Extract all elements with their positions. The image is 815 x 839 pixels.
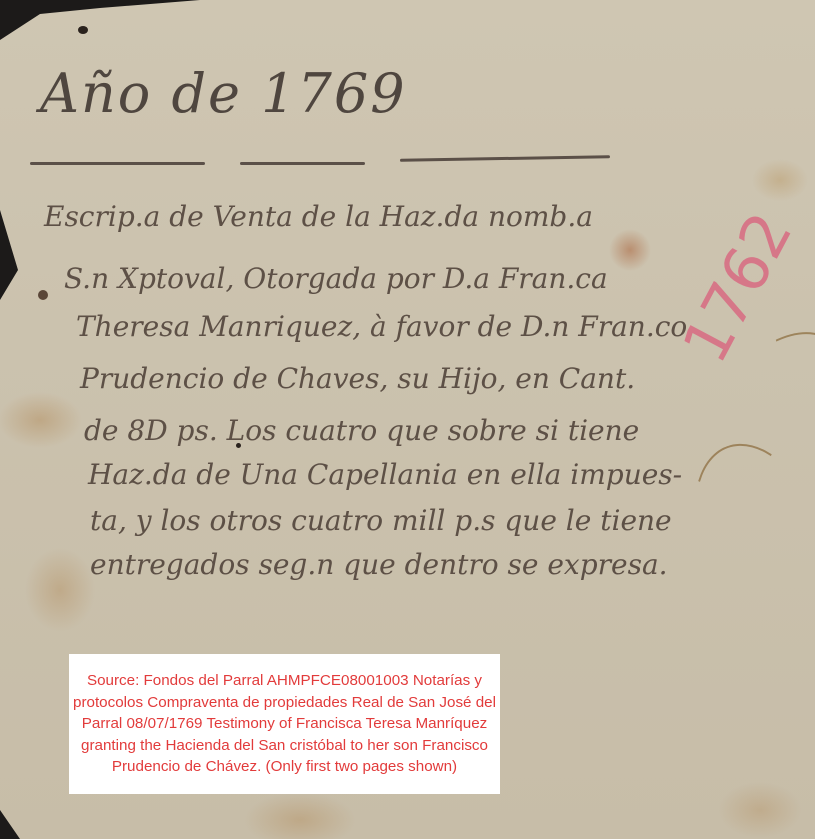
manuscript-line-4: Prudencio de Chaves, su Hijo, en Cant.	[80, 362, 635, 395]
heading-underline	[400, 155, 610, 162]
heading-underline	[30, 162, 205, 165]
source-caption-box: Source: Fondos del Parral AHMPFCE0800100…	[69, 654, 500, 794]
manuscript-line-8: entregados seg.n que dentro se expresa.	[90, 548, 668, 581]
manuscript-line-3: Theresa Manriquez, à favor de D.n Fran.c…	[76, 310, 687, 343]
manuscript-line-5: de 8D ps. Los cuatro que sobre si tiene	[84, 414, 639, 447]
ink-blot	[78, 26, 88, 34]
ink-blot	[38, 290, 48, 300]
manuscript-line-6: Haz.da de Una Capellania en ella impues-	[88, 458, 682, 491]
heading-underline	[240, 162, 365, 165]
manuscript-page: Año de 1769 Escrip.a de Venta de la Haz.…	[0, 0, 815, 839]
manuscript-line-2: S.n Xptoval, Otorgada por D.a Fran.ca	[64, 262, 608, 295]
source-caption-text: Source: Fondos del Parral AHMPFCE0800100…	[73, 670, 496, 778]
manuscript-line-7: ta, y los otros cuatro mill p.s que le t…	[90, 504, 672, 537]
document-heading: Año de 1769	[40, 62, 407, 125]
manuscript-line-1: Escrip.a de Venta de la Haz.da nomb.a	[44, 200, 593, 233]
